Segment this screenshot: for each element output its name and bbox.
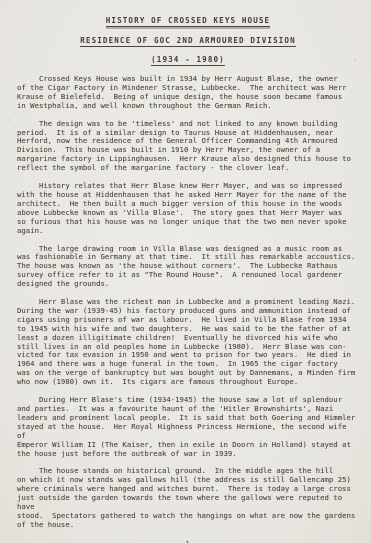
document-headers: HISTORY OF CROSSED KEYS HOUSE RESIDENCE … — [17, 8, 359, 66]
document-page: HISTORY OF CROSSED KEYS HOUSE RESIDENCE … — [0, 0, 371, 543]
paragraph-5: Herr Blase was the richest man in Lubbec… — [17, 298, 359, 387]
paragraph-1: Crossed Keys House was built in 1934 by … — [17, 75, 359, 111]
paragraph-6: During Herr Blase's time (1934-1945) the… — [17, 396, 359, 458]
paragraph-4: The large drawing room in Villa Blase wa… — [17, 245, 359, 290]
paragraph-3: History relates that Herr Blase knew Her… — [17, 182, 359, 235]
document-date-range: (1934 - 1980) — [151, 55, 225, 66]
document-subtitle: RESIDENCE OF GOC 2ND ARMOURED DIVISION — [80, 36, 296, 47]
document-title: HISTORY OF CROSSED KEYS HOUSE — [106, 16, 270, 27]
paragraph-7: The house stands on historical ground. I… — [17, 467, 359, 529]
document-body: Crossed Keys House was built in 1934 by … — [17, 75, 359, 530]
paragraph-2: The design was to be 'timeless' and not … — [17, 120, 359, 173]
page-number: - 1 - — [17, 539, 359, 543]
